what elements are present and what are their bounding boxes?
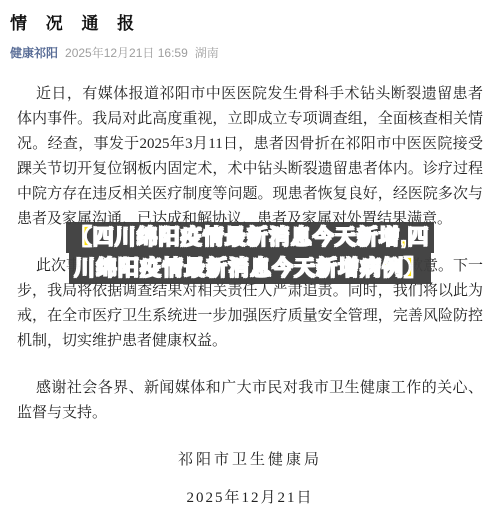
paragraph-3: 感谢社会各界、新闻媒体和广大市民对我市卫生健康工作的关心、监督与支持。 (17, 376, 483, 426)
publish-location: 湖南 (195, 44, 219, 61)
paragraph-2-rest: 步，我局将依据调查结果对相关责任人严肃追责。同时，我们将以此为戒，在全市医疗卫生… (17, 279, 483, 354)
account-name-link[interactable]: 健康祁阳 (10, 44, 58, 61)
article-page: 情 况 通 报 健康祁阳 2025年12月21日 16:59 湖南 近日，有媒体… (0, 0, 500, 505)
issue-date: 2025年12月21日 (0, 486, 500, 505)
paragraph-1: 近日，有媒体报道祁阳市中医医院发生骨科手术钻头断裂遗留患者体内事件。我局对此高度… (17, 82, 483, 232)
issuing-authority: 祁阳市卫生健康局 (0, 448, 500, 469)
paragraph-2-covered-line: 此次事 歉意。下一 (17, 254, 483, 279)
article-body: 近日，有媒体报道祁阳市中医医院发生骨科手术钻头断裂遗留患者体内事件。我局对此高度… (17, 82, 483, 426)
article-meta: 健康祁阳 2025年12月21日 16:59 湖南 (0, 34, 500, 61)
covered-line-left-fragment: 此次事 (17, 254, 81, 279)
page-title: 情 况 通 报 (0, 0, 500, 34)
covered-line-right-fragment: 歉意。下一 (408, 254, 483, 279)
signature-block: 祁阳市卫生健康局 2025年12月21日 (0, 448, 500, 505)
publish-datetime: 2025年12月21日 16:59 (65, 44, 188, 61)
